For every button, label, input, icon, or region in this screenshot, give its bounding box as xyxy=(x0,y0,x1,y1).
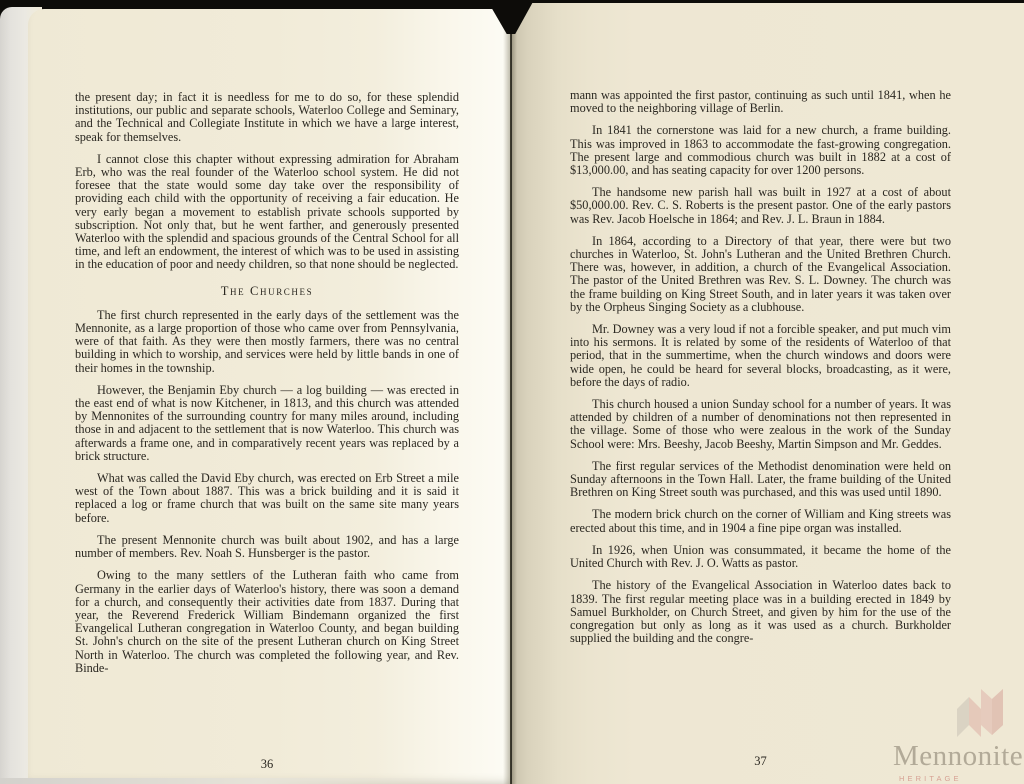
left-page-text: the present day; in fact it is needless … xyxy=(75,91,459,684)
section-heading: The Churches xyxy=(75,285,459,298)
book-scan: the present day; in fact it is needless … xyxy=(0,0,1024,784)
left-page-number: 36 xyxy=(75,757,459,772)
paragraph: In 1841 the cornerstone was laid for a n… xyxy=(570,124,951,177)
paragraph: The modern brick church on the corner of… xyxy=(570,508,951,534)
right-page-number: 37 xyxy=(570,754,951,769)
right-page-text: mann was appointed the first pastor, con… xyxy=(570,89,951,654)
paragraph: mann was appointed the first pastor, con… xyxy=(570,89,951,115)
bottom-page-edge xyxy=(0,778,470,784)
paragraph: In 1864, according to a Directory of tha… xyxy=(570,235,951,314)
paragraph: Owing to the many settlers of the Luther… xyxy=(75,569,459,675)
paragraph: The present Mennonite church was built a… xyxy=(75,534,459,560)
paragraph: In 1926, when Union was consummated, it … xyxy=(570,544,951,570)
spine-crease xyxy=(503,0,517,784)
paragraph: What was called the David Eby church, wa… xyxy=(75,472,459,525)
paragraph: The first church represented in the earl… xyxy=(75,309,459,375)
paragraph: The history of the Evangelical Associati… xyxy=(570,579,951,645)
paragraph: I cannot close this chapter without expr… xyxy=(75,153,459,272)
paragraph: The first regular services of the Method… xyxy=(570,460,951,500)
paragraph: However, the Benjamin Eby church — a log… xyxy=(75,384,459,463)
paragraph: Mr. Downey was a very loud if not a forc… xyxy=(570,323,951,389)
paragraph: the present day; in fact it is needless … xyxy=(75,91,459,144)
paragraph: This church housed a union Sunday school… xyxy=(570,398,951,451)
paragraph: The handsome new parish hall was built i… xyxy=(570,186,951,226)
